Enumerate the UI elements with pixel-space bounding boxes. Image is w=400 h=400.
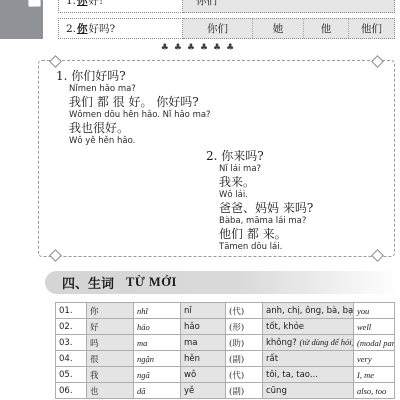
vocab-pos: (代) bbox=[226, 303, 263, 319]
vocab-row: 04. 很 ngận hěn (副) rất very bbox=[56, 351, 395, 367]
vocab-pinyin: hǎo bbox=[181, 319, 226, 335]
vocab-english: very bbox=[354, 351, 395, 367]
vocab-hanviet: ngận bbox=[134, 351, 181, 367]
vocab-hanviet: hảo bbox=[134, 319, 181, 335]
option-word: 他们 bbox=[348, 19, 394, 38]
vocab-pinyin: wǒ bbox=[181, 367, 226, 383]
underlined-word: 你 bbox=[77, 21, 88, 36]
dialogue-2: 2. 你来吗? Nǐ lái ma? 我来。 Wǒ lái. 爸爸、妈妈 来吗?… bbox=[206, 148, 313, 252]
chinese-line: 2. 你来吗? bbox=[206, 150, 313, 163]
vocab-table-container: 01. 你 nhĩ nǐ (代) anh, chị, ông, bà, bạn.… bbox=[55, 302, 395, 399]
underlined-word: 你 bbox=[77, 0, 88, 8]
textbook-page: 1. 你 好! 你们 2. 你 好吗? 你们 她 他 他们 ♣♣♣♣♣♣ 1. … bbox=[0, 0, 400, 400]
corner-ornament-icon bbox=[371, 55, 384, 68]
sentence-rest: 好吗? bbox=[89, 21, 116, 36]
vocab-row: 03. 吗 ma ma (助) không? (từ dùng để hỏi) … bbox=[56, 335, 395, 351]
corner-ornament-icon bbox=[49, 249, 62, 262]
vocab-row: 05. 我 ngã wǒ (代) tôi, ta, tao... I, me bbox=[56, 367, 395, 383]
vocab-row: 01. 你 nhĩ nǐ (代) anh, chị, ông, bà, bạn.… bbox=[56, 303, 395, 319]
vocab-vietnamese: rất bbox=[263, 351, 354, 367]
substitution-options: 你们 bbox=[183, 0, 395, 13]
vocab-pinyin: ma bbox=[181, 335, 226, 351]
corner-ornament-icon bbox=[49, 55, 62, 68]
viet-text: cũng bbox=[266, 386, 287, 396]
drill-sentence: 1. 你 好! bbox=[58, 0, 183, 13]
vocab-hanzi: 也 bbox=[87, 383, 134, 399]
vocab-number: 02. bbox=[56, 319, 87, 335]
chinese-line: 1. 你们好吗? bbox=[56, 70, 211, 83]
vocab-number: 01. bbox=[56, 303, 87, 319]
ornament-divider: ♣♣♣♣♣♣ bbox=[0, 43, 400, 53]
viet-text: rất bbox=[266, 354, 278, 364]
pinyin-line: Tāmen dōu lái. bbox=[206, 242, 313, 252]
vocab-pos: (副) bbox=[226, 383, 263, 399]
viet-text: không? bbox=[266, 338, 300, 348]
viet-note: (từ dùng để hỏi) bbox=[300, 337, 354, 347]
vocab-table: 01. 你 nhĩ nǐ (代) anh, chị, ông, bà, bạn.… bbox=[55, 302, 395, 399]
section-header: 四、生词 TỪ MỚI bbox=[45, 271, 400, 294]
vocab-vietnamese: cũng bbox=[263, 383, 354, 399]
vocab-english: (modal particle) bbox=[354, 335, 395, 351]
dialogue-1: 1. 你们好吗? Nǐmen hǎo ma? 我们 都 很 好。 你好吗? Wǒ… bbox=[56, 68, 211, 146]
vocab-vietnamese: tôi, ta, tao... bbox=[263, 367, 354, 383]
vocab-number: 04. bbox=[56, 351, 87, 367]
vocab-number: 06. bbox=[56, 383, 87, 399]
substitution-row-1: 1. 你 好! 你们 bbox=[58, 0, 395, 13]
pinyin-line: Nǐmen hǎo ma? bbox=[56, 84, 211, 94]
vocab-vietnamese: không? (từ dùng để hỏi) bbox=[263, 335, 354, 351]
vocab-pos: (助) bbox=[226, 335, 263, 351]
vocab-hanzi: 很 bbox=[87, 351, 134, 367]
vocab-pinyin: hěn bbox=[181, 351, 226, 367]
vocab-pos: (代) bbox=[226, 367, 263, 383]
chinese-line: 我们 都 很 好。 你好吗? bbox=[56, 96, 211, 109]
item-number: 2. bbox=[66, 23, 76, 35]
vocab-pos: (形) bbox=[226, 319, 263, 335]
sentence-rest: 好! bbox=[89, 0, 104, 8]
vocab-number: 05. bbox=[56, 367, 87, 383]
substitution-row-2: 2. 你 好吗? 你们 她 他 他们 bbox=[58, 18, 395, 39]
corner-ornament-icon bbox=[371, 249, 384, 262]
option-word: 你们 bbox=[196, 0, 217, 8]
chinese-line: 他们 都 来。 bbox=[206, 228, 313, 241]
viet-text: anh, chị, ông, bà, bạn... bbox=[266, 306, 354, 316]
vocab-english: you bbox=[354, 303, 395, 319]
vocab-hanviet: dã bbox=[134, 383, 181, 399]
vocab-hanzi: 吗 bbox=[87, 335, 134, 351]
vocab-vietnamese: tốt, khỏe bbox=[263, 319, 354, 335]
vocab-hanzi: 好 bbox=[87, 319, 134, 335]
vocab-vietnamese: anh, chị, ông, bà, bạn... bbox=[263, 303, 354, 319]
vocab-hanzi: 你 bbox=[87, 303, 134, 319]
vocab-hanviet: ngã bbox=[134, 367, 181, 383]
vocab-row: 02. 好 hảo hǎo (形) tốt, khỏe well bbox=[56, 319, 395, 335]
corner-badge bbox=[28, 0, 41, 7]
pinyin-line: Wǒ lái. bbox=[206, 190, 313, 200]
vocab-pos: (副) bbox=[226, 351, 263, 367]
item-number: 1. bbox=[66, 0, 76, 7]
vocab-english: well bbox=[354, 319, 395, 335]
vocab-pinyin: nǐ bbox=[181, 303, 226, 319]
vocab-row: 06. 也 dã yě (副) cũng also, too bbox=[56, 383, 395, 399]
chinese-line: 我来。 bbox=[206, 176, 313, 189]
option-word: 她 bbox=[252, 19, 303, 38]
vocab-english: I, me bbox=[354, 367, 395, 383]
chinese-line: 爸爸、妈妈 来吗? bbox=[206, 202, 313, 215]
pinyin-line: Nǐ lái ma? bbox=[206, 164, 313, 174]
viet-text: tôi, ta, tao... bbox=[266, 370, 318, 380]
drill-sentence: 2. 你 好吗? bbox=[58, 18, 183, 39]
dialogue-box: 1. 你们好吗? Nǐmen hǎo ma? 我们 都 很 好。 你好吗? Wǒ… bbox=[38, 60, 395, 257]
pinyin-line: Wǒ yě hěn hǎo. bbox=[56, 136, 211, 146]
page-margin-block bbox=[0, 0, 43, 39]
vocab-pinyin: yě bbox=[181, 383, 226, 399]
viet-text: tốt, khỏe bbox=[266, 322, 304, 332]
vocab-number: 03. bbox=[56, 335, 87, 351]
pinyin-line: Bàba, māma lái ma? bbox=[206, 216, 313, 226]
pinyin-line: Wǒmen dōu hěn hǎo. Nǐ hǎo ma? bbox=[56, 110, 211, 120]
vocab-hanviet: nhĩ bbox=[134, 303, 181, 319]
option-word: 你们 bbox=[183, 19, 252, 38]
section-title-chinese: 四、生词 bbox=[62, 273, 114, 292]
option-word: 他 bbox=[303, 19, 348, 38]
section-title-vietnamese: TỪ MỚI bbox=[126, 275, 177, 290]
vocab-hanviet: ma bbox=[134, 335, 181, 351]
vocab-english: also, too bbox=[354, 383, 395, 399]
chinese-line: 我也很好。 bbox=[56, 122, 211, 135]
substitution-options: 你们 她 他 他们 bbox=[183, 18, 395, 39]
vocab-hanzi: 我 bbox=[87, 367, 134, 383]
